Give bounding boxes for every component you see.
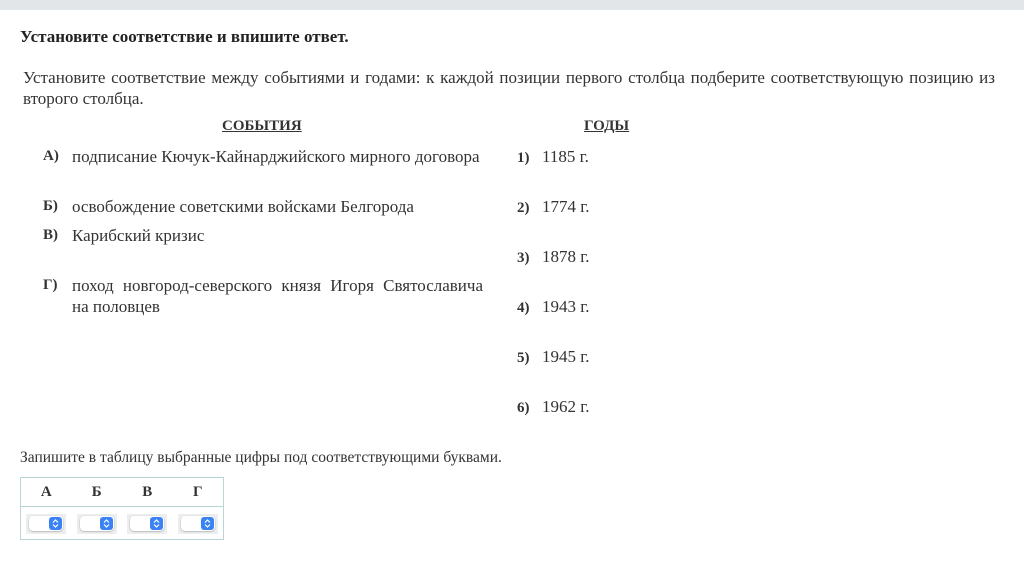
chevron-up-down-icon xyxy=(201,517,214,530)
select-frame xyxy=(77,514,117,534)
chevron-up-down-icon xyxy=(150,517,163,530)
event-text: подписание Кючук-Кайнарджийского мирного… xyxy=(72,146,483,167)
year-number: 3) xyxy=(517,248,542,269)
year-text: 1774 г. xyxy=(542,197,590,216)
answer-cell-v xyxy=(122,514,173,534)
event-item-v: В) Карибский кризис xyxy=(43,225,483,246)
answer-select-g[interactable] xyxy=(181,516,215,531)
year-number: 4) xyxy=(517,298,542,319)
answer-prompt: Запишите в таблицу выбранные цифры под с… xyxy=(20,449,502,467)
select-frame xyxy=(26,514,66,534)
answer-column-g: Г xyxy=(173,484,224,501)
task-instruction: Установите соответствие между событиями … xyxy=(23,67,995,109)
answer-select-v[interactable] xyxy=(130,516,164,531)
event-item-g: Г) поход новгород-северского князя Игоря… xyxy=(43,275,483,317)
year-item-5: 5)1945 г. xyxy=(517,346,590,369)
year-text: 1962 г. xyxy=(542,397,590,416)
event-letter: А) xyxy=(43,146,59,167)
answer-table: А Б В Г xyxy=(20,477,224,540)
year-text: 1185 г. xyxy=(542,147,589,166)
years-column-header: ГОДЫ xyxy=(584,118,629,135)
year-item-6: 6)1962 г. xyxy=(517,396,590,419)
year-text: 1945 г. xyxy=(542,347,590,366)
year-number: 5) xyxy=(517,348,542,369)
year-item-3: 3)1878 г. xyxy=(517,246,590,269)
answer-column-v: В xyxy=(122,484,173,501)
event-item-b: Б) освобождение советскими войсками Белг… xyxy=(43,196,483,217)
year-number: 6) xyxy=(517,398,542,419)
event-text: поход новгород-северского князя Игоря Св… xyxy=(72,275,483,317)
top-bar xyxy=(0,0,1024,10)
year-item-2: 2)1774 г. xyxy=(517,196,590,219)
answer-select-a[interactable] xyxy=(29,516,63,531)
select-frame xyxy=(178,514,218,534)
year-item-4: 4)1943 г. xyxy=(517,296,590,319)
year-text: 1878 г. xyxy=(542,247,590,266)
answer-column-b: Б xyxy=(72,484,123,501)
select-frame xyxy=(127,514,167,534)
answer-table-selects xyxy=(21,507,223,540)
answer-cell-a xyxy=(21,514,72,534)
answer-column-a: А xyxy=(21,484,72,501)
year-number: 2) xyxy=(517,198,542,219)
answer-select-b[interactable] xyxy=(80,516,114,531)
event-letter: Г) xyxy=(43,275,58,296)
year-item-1: 1)1185 г. xyxy=(517,146,589,169)
event-text: Карибский кризис xyxy=(72,225,483,246)
event-item-a: А) подписание Кючук-Кайнарджийского мирн… xyxy=(43,146,483,167)
chevron-up-down-icon xyxy=(100,517,113,530)
chevron-up-down-icon xyxy=(49,517,62,530)
events-column-header: СОБЫТИЯ xyxy=(222,118,302,135)
event-letter: Б) xyxy=(43,196,58,217)
task-heading: Установите соответствие и впишите ответ. xyxy=(20,27,349,47)
year-number: 1) xyxy=(517,148,542,169)
event-letter: В) xyxy=(43,225,58,246)
year-text: 1943 г. xyxy=(542,297,590,316)
answer-cell-g xyxy=(173,514,224,534)
answer-table-header: А Б В Г xyxy=(21,478,223,507)
answer-cell-b xyxy=(72,514,123,534)
event-text: освобождение советскими войсками Белгоро… xyxy=(72,196,483,217)
